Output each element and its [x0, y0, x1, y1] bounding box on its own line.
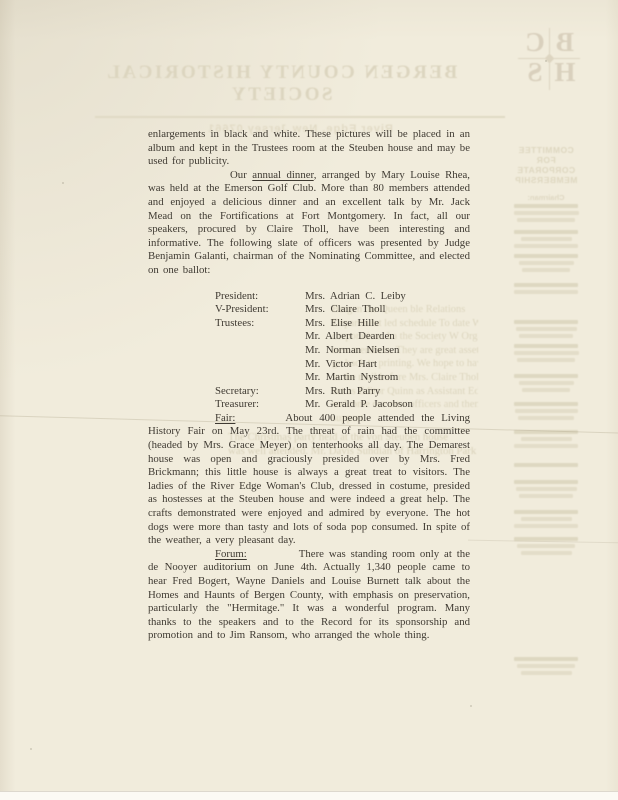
ghost-text-block [501, 374, 591, 395]
logo-letter: S [520, 58, 550, 88]
ghost-text-line [514, 290, 578, 294]
committee-heading-ghost: COMMITTEE FOR CORPORATE MEMBERSHIP [503, 145, 589, 185]
ghost-text-line [519, 261, 574, 265]
paragraph-text: , arranged by Mary Louise Rhea, was held… [148, 169, 470, 276]
officer-row: Mr. Martin Nystrom [215, 371, 470, 385]
ghost-text-block [501, 320, 591, 341]
ghost-text-block [501, 463, 591, 470]
ghost-text-line [521, 237, 572, 241]
ghost-text-line [514, 320, 578, 324]
ghost-text-line [514, 480, 578, 484]
paragraph-publicity: enlargements in black and white. These p… [148, 128, 470, 169]
paper-speck [545, 60, 547, 62]
logo-letter: C [520, 28, 550, 58]
officer-name: Mrs. Adrian C. Leiby [305, 290, 470, 304]
ghost-text-line [514, 254, 578, 258]
ghost-text-block [501, 402, 591, 423]
officer-row: Secretary: Mrs. Ruth Parry [215, 385, 470, 399]
ghost-text-block [501, 283, 591, 297]
committee-line: MEMBERSHIP [503, 175, 589, 185]
forum-section: Forum:There was standing room only at th… [148, 548, 470, 643]
officer-name: Mr. Victor Hart [305, 358, 470, 372]
ghost-text-line [514, 657, 578, 661]
ghost-text-line [522, 388, 570, 392]
ghost-text-line [517, 664, 575, 668]
chairman-label-ghost: Chairman: [503, 193, 589, 202]
fair-heading: Fair: [215, 412, 235, 424]
officer-title: V-President: [215, 303, 305, 317]
annual-dinner-underlined: annual dinner [252, 169, 313, 181]
ghost-text-line [517, 218, 575, 222]
ghost-text-line [519, 381, 574, 385]
committee-line: COMMITTEE [503, 145, 589, 155]
ghost-text-block [501, 430, 591, 451]
ghost-text-line [522, 268, 570, 272]
officer-name: Mr. Norman Nielsen [305, 344, 470, 358]
officer-row: Mr. Norman Nielsen [215, 344, 470, 358]
ghost-text-block [501, 254, 591, 275]
ghost-text-line [516, 487, 577, 491]
ghost-text-line [521, 437, 572, 441]
ghost-text-line [514, 351, 579, 355]
officer-title [215, 330, 305, 344]
officer-title: Secretary: [215, 385, 305, 399]
officer-row: Mr. Albert Dearden [215, 330, 470, 344]
ghost-text-line [514, 204, 578, 208]
ghost-text-line [516, 327, 577, 331]
ghost-text-line [514, 244, 578, 248]
society-name-ghost: BERGEN COUNTY HISTORICAL SOCIETY [56, 62, 506, 106]
paragraph-text: Our [230, 169, 252, 181]
ghost-text-line [514, 344, 578, 348]
officer-name: Mr. Gerald P. Jacobson [305, 398, 470, 412]
ghost-text-block [501, 480, 591, 501]
officer-row: V-President: Mrs. Claire Tholl [215, 303, 470, 317]
officer-row: Mr. Victor Hart [215, 358, 470, 372]
paper-speck [30, 748, 32, 750]
ghost-text-line [521, 671, 572, 675]
ghost-text-line [514, 510, 578, 514]
ghost-text-block [501, 510, 591, 531]
committee-line: CORPORATE [503, 165, 589, 175]
paragraph-annual-dinner: Our annual dinner, arranged by Mary Loui… [148, 169, 470, 278]
ghost-text-line [514, 230, 578, 234]
logo-letter: H [550, 58, 580, 88]
officer-title: President: [215, 290, 305, 304]
officer-row: Trustees: Mrs. Elise Hille [215, 317, 470, 331]
society-logo-ghost: B C H S [518, 28, 580, 90]
officer-row: Treasurer: Mr. Gerald P. Jacobson [215, 398, 470, 412]
officer-name: Mrs. Ruth Parry [305, 385, 470, 399]
paper-speck [62, 182, 64, 184]
ghost-text-block [501, 204, 591, 225]
officer-title: Trustees: [215, 317, 305, 331]
officers-list: President: Mrs. Adrian C. Leiby V-Presid… [215, 290, 470, 412]
logo-letter: B [550, 28, 580, 58]
ghost-text-line [514, 283, 578, 287]
scanned-newsletter-page: B C H S BERGEN COUNTY HISTORICAL SOCIETY… [0, 0, 618, 800]
ghost-text-line [519, 334, 573, 338]
ghost-text-line [514, 211, 579, 215]
officer-title [215, 344, 305, 358]
officer-row: President: Mrs. Adrian C. Leiby [215, 290, 470, 304]
ghost-text-line [521, 551, 572, 555]
ghost-text-line [521, 517, 572, 521]
forum-heading: Forum: [215, 548, 247, 560]
officer-title [215, 371, 305, 385]
ghost-text-line [519, 494, 573, 498]
officer-name: Mrs. Elise Hille [305, 317, 470, 331]
forum-body: There was standing room only at the de N… [148, 548, 470, 642]
officer-name: Mrs. Claire Tholl [305, 303, 470, 317]
committee-line: FOR [503, 155, 589, 165]
ghost-text-line [517, 358, 575, 362]
officer-name: Mr. Albert Dearden [305, 330, 470, 344]
officer-name: Mr. Martin Nystrom [305, 371, 470, 385]
ghost-text-line [514, 524, 578, 528]
page-bottom-edge [0, 791, 618, 800]
ghost-text-block [501, 657, 591, 678]
ghost-text-line [514, 463, 578, 467]
header-rule-ghost [95, 116, 505, 118]
fair-body: About 400 people attended the Living His… [148, 412, 470, 546]
ghost-text-line [514, 402, 578, 406]
paper-speck [470, 705, 472, 707]
ghost-text-block [501, 344, 591, 365]
ghost-text-line [515, 409, 578, 413]
ghost-text-line [514, 374, 578, 378]
fair-section: Fair:About 400 people attended the Livin… [148, 412, 470, 548]
ghost-text-line [517, 544, 575, 548]
ghost-text-line [514, 444, 578, 448]
officer-title [215, 358, 305, 372]
ghost-text-block [501, 230, 591, 251]
newsletter-body: enlargements in black and white. These p… [148, 128, 470, 643]
ghost-text-line [518, 416, 574, 420]
officer-title: Treasurer: [215, 398, 305, 412]
